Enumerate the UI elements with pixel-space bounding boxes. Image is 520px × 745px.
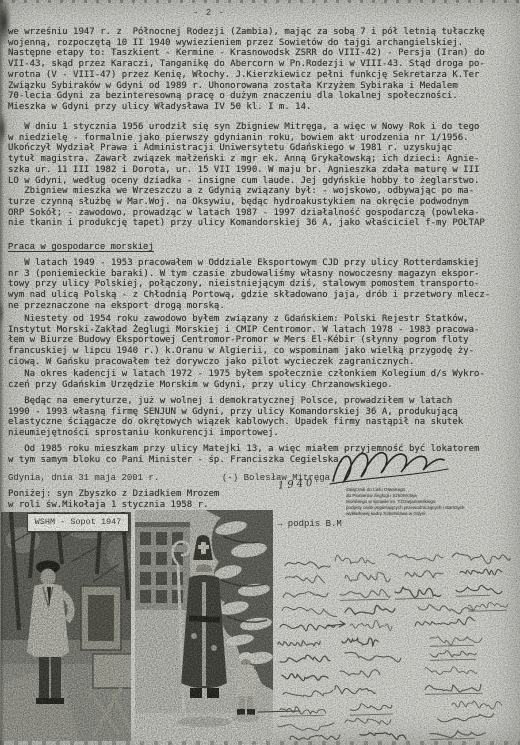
signature-scribble bbox=[388, 553, 443, 561]
signature-scribble bbox=[350, 703, 392, 711]
paragraph-son-zbigniew: W dniu 1 stycznia 1956 urodził się syn Z… bbox=[8, 122, 485, 229]
signature-underline bbox=[350, 714, 393, 715]
signature-scribble bbox=[278, 723, 334, 731]
signature-scribble bbox=[452, 553, 510, 565]
signature-scribble bbox=[335, 555, 375, 565]
signature-scribble bbox=[456, 585, 502, 594]
signature-scribble bbox=[345, 652, 401, 662]
signature-pointer-note: → podpis B.M bbox=[277, 519, 342, 529]
signature-scribble bbox=[345, 717, 391, 727]
signature-scribble bbox=[405, 571, 443, 578]
signature-scribble bbox=[468, 602, 508, 611]
signature-scribble bbox=[290, 735, 340, 741]
signature-scribble bbox=[425, 684, 481, 692]
signature-underline bbox=[340, 599, 389, 600]
photo-caption: Poniżej: syn Zbyszko z Dziadkiem Mrozem … bbox=[8, 489, 219, 510]
paragraph-export-office: W latach 1949 - 1953 pracowałem w Oddzia… bbox=[8, 258, 490, 312]
signature-scribble bbox=[280, 655, 330, 663]
paragraph-gdansk-career: Niestety od 1954 roku zawodowo byłem zwi… bbox=[8, 314, 479, 368]
signature-scribble bbox=[415, 617, 475, 627]
signature-scribble bbox=[278, 641, 320, 647]
paragraph-senjun-firm: Będąc na emeryturze, już w wolnej i demo… bbox=[8, 396, 463, 439]
signature-scribble bbox=[280, 624, 335, 631]
signature-scribble bbox=[460, 568, 502, 576]
signature-underline bbox=[280, 715, 324, 716]
signature-scribble bbox=[395, 586, 441, 598]
signature-scribble bbox=[360, 733, 406, 740]
scanned-document-page: - 2 - we wrześniu 1947 r. z Północnej Ro… bbox=[0, 0, 520, 745]
page-number: - 2 - bbox=[193, 8, 225, 18]
signature-scribble bbox=[345, 605, 395, 616]
signature-underline bbox=[430, 645, 474, 646]
handwritten-year: 1940 bbox=[278, 477, 316, 491]
signature-scribble bbox=[452, 701, 502, 710]
signature-underline bbox=[456, 595, 490, 596]
photo-santa-with-child bbox=[135, 510, 273, 745]
signature-scribble bbox=[280, 706, 326, 716]
signature-scribble bbox=[282, 607, 337, 617]
signature-scribble bbox=[285, 561, 330, 569]
signature-scribble bbox=[345, 571, 390, 583]
signature-scribble bbox=[438, 714, 494, 723]
paragraph-intro: we wrześniu 1947 r. z Północnej Rodezji … bbox=[8, 27, 485, 113]
petition-signatures bbox=[278, 553, 510, 741]
signature-scribble bbox=[283, 690, 333, 698]
signature-scribble bbox=[340, 589, 390, 598]
signature-scribble bbox=[335, 684, 375, 696]
paragraph-kolegium: Na okres kadencji w latach 1972 - 1975 b… bbox=[8, 369, 485, 390]
paragraph-matejki: Od 1985 roku mieszkam przy ulicy Matejki… bbox=[8, 444, 479, 465]
small-print-line: wykładowej kadry Szkolnictwa w Gdyni bbox=[346, 511, 508, 517]
signature-scribble bbox=[340, 670, 380, 677]
dateline: Gdynia, dnia 31 maja 2001 r. bbox=[8, 473, 159, 483]
signature-scribble bbox=[285, 575, 325, 583]
photo-label: WSHM - Sopot 1947 bbox=[27, 513, 129, 532]
signature-scribble bbox=[425, 667, 477, 675]
signature-underline bbox=[395, 598, 433, 599]
signature-scribble bbox=[282, 673, 328, 682]
small-print-annotation: Załącznik do Listu Otwartego do Pionieró… bbox=[346, 487, 508, 517]
photo-man-beret-outdoors bbox=[1, 512, 131, 741]
signature-underline bbox=[425, 693, 483, 694]
signature-scribble bbox=[342, 637, 378, 647]
signature-scribble bbox=[283, 591, 328, 598]
signature-scribble bbox=[430, 650, 476, 657]
signature-scribble bbox=[350, 619, 392, 630]
signature-underline bbox=[468, 610, 507, 611]
section-heading: Praca w gospodarce morskiej bbox=[8, 242, 154, 252]
signature-scribble bbox=[418, 604, 473, 614]
signature-underline bbox=[430, 739, 475, 740]
signature-underline bbox=[430, 659, 476, 660]
signature-scribble bbox=[430, 730, 485, 739]
signature-scribble bbox=[430, 637, 482, 645]
